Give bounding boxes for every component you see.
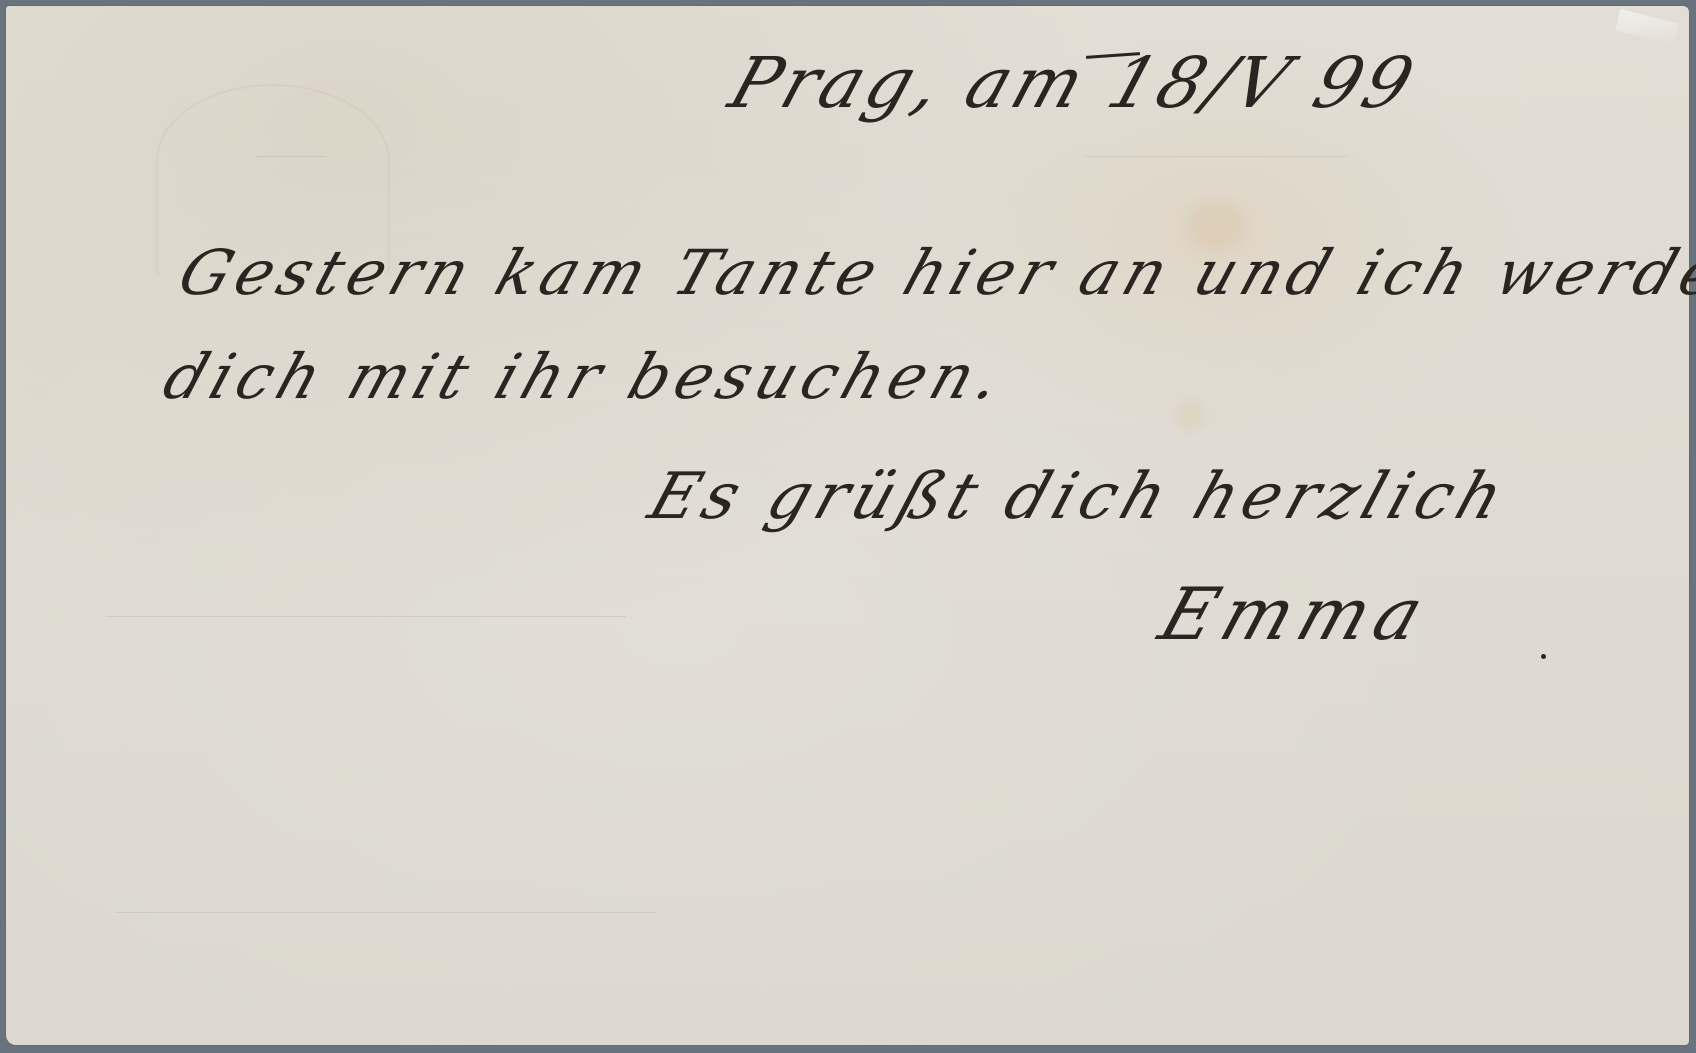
- printed-rule-line: [116, 912, 656, 913]
- printed-rule-line: [256, 156, 326, 157]
- signature: Emma: [1150, 572, 1441, 656]
- closing-line: Es grüßt dich herzlich: [640, 460, 1518, 534]
- message-line-2: dich mit ihr besuchen.: [155, 340, 1016, 413]
- message-line-1: Gestern kam Tante hier an und ich werde: [170, 236, 1696, 309]
- corner-crease: [1615, 9, 1679, 45]
- signature-period: [1541, 654, 1546, 659]
- paper-stain: [1176, 401, 1206, 431]
- printed-rule-line: [1086, 156, 1346, 157]
- printed-rule-line: [106, 616, 626, 617]
- date-line: Prag, am 18/V 99: [720, 42, 1427, 124]
